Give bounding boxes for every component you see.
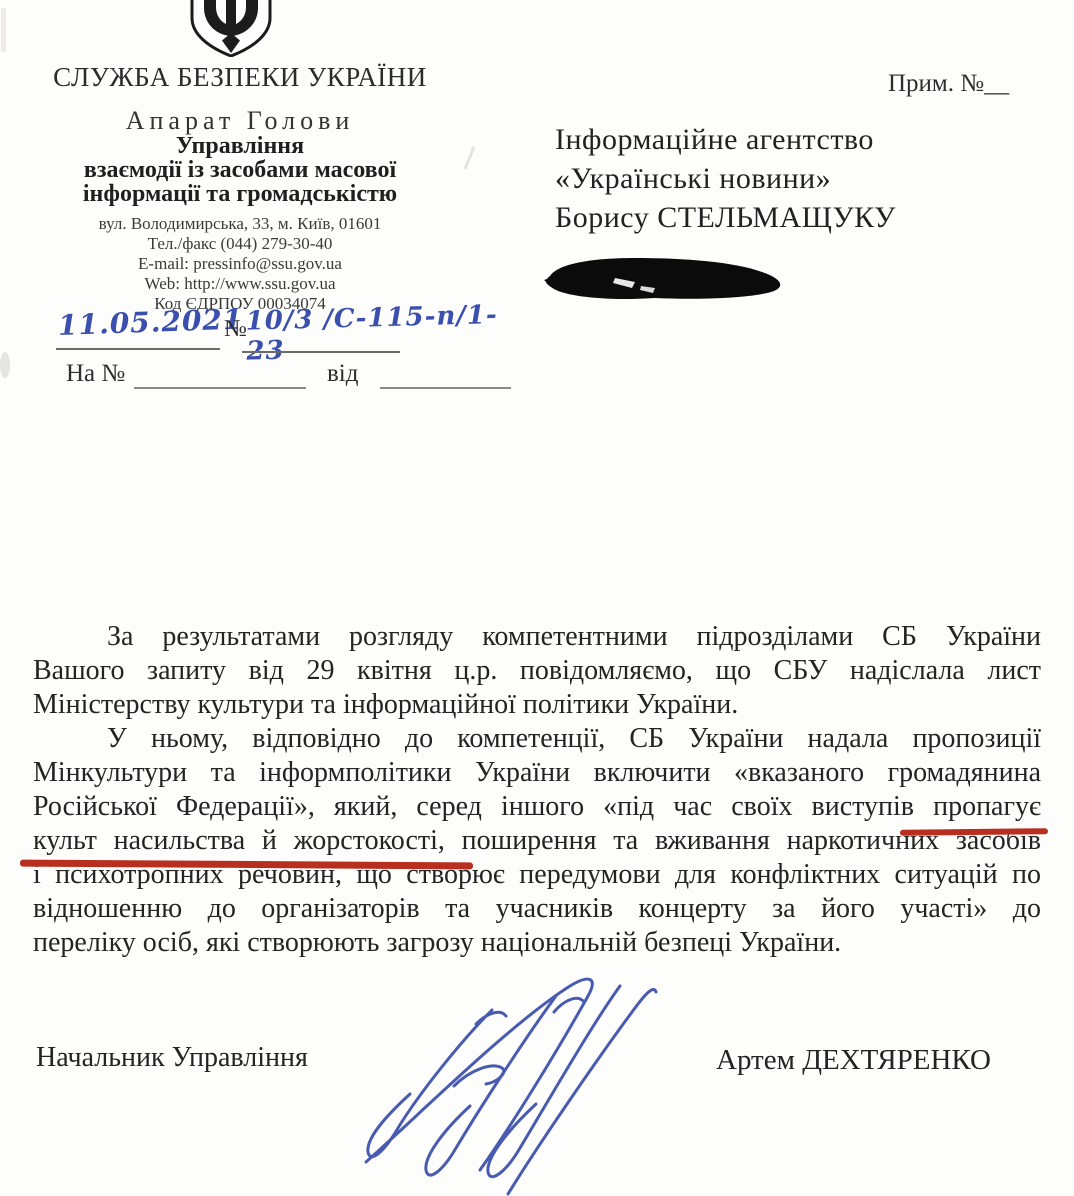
body-line: Міністерству культури та інформаційної п…: [33, 688, 1041, 722]
body-line: Вашого запиту від 29 квітня ц.р. повідом…: [33, 654, 1041, 688]
department-line: інформації та громадськістю: [18, 182, 462, 206]
scanned-letter-page: СЛУЖБА БЕЗПЕКИ УКРАЇНИ Апарат Голови Упр…: [0, 0, 1074, 1196]
body-line: культ насильства й жорстокості, поширенн…: [33, 824, 1041, 858]
recipient-block: Інформаційне агентство «Українські новин…: [555, 120, 1035, 237]
scan-artifact: [1, 8, 6, 52]
body-line: У ньому, відповідно до компетенції, СБ У…: [33, 722, 1041, 756]
handwritten-date: 11.05.2021: [57, 303, 228, 342]
body-line: За результатами розгляду компетентними п…: [33, 620, 1041, 654]
body-line: переліку осіб, які створюють загрозу нац…: [33, 926, 1041, 960]
scan-artifact: [0, 352, 10, 378]
reply-date-label: від: [327, 360, 358, 388]
body-line: Російської Федерації», який, серед іншог…: [33, 790, 1041, 824]
date-underline: [56, 348, 220, 350]
number-sign-label: №: [224, 316, 247, 343]
org-contact-block: вул. Володимирська, 33, м. Київ, 01601 Т…: [18, 214, 462, 314]
signer-position-title: Начальник Управління: [36, 1042, 308, 1074]
letter-body: За результатами розгляду компетентними п…: [33, 620, 1041, 960]
scan-artifact: [464, 146, 476, 169]
recipient-agency: Інформаційне агентство: [555, 120, 1035, 159]
recipient-agency-name: «Українські новини»: [555, 159, 1035, 198]
org-phone: Тел./факс (044) 279-30-40: [18, 234, 462, 254]
copy-number-note: Прим. №__: [888, 70, 1058, 98]
org-web: Web: http://www.ssu.gov.ua: [18, 274, 462, 294]
ref-number-underline: [242, 351, 400, 353]
reply-to-label: На №: [66, 360, 125, 388]
org-email: E-mail: pressinfo@ssu.gov.ua: [18, 254, 462, 274]
body-line: відношенню до організаторів та учасників…: [33, 892, 1041, 926]
handwritten-ref-number: 10/3 /С-115-п/1-23: [245, 299, 526, 366]
reply-number-blank-line: [134, 387, 306, 389]
ukraine-trident-emblem-icon: [185, 0, 277, 57]
redaction-bar: [540, 249, 790, 303]
body-line: Мінкультури та інформполітики України вк…: [33, 756, 1041, 790]
recipient-person: Борису СТЕЛЬМАЩУКУ: [555, 198, 1035, 237]
org-division: Апарат Голови: [18, 106, 462, 136]
signer-name: Артем ДЕХТЯРЕНКО: [716, 1044, 991, 1077]
department-line: взаємодії із засобами масової: [18, 158, 462, 182]
reply-date-blank-line: [380, 387, 511, 389]
org-address: вул. Володимирська, 33, м. Київ, 01601: [18, 214, 462, 234]
org-department: Управління взаємодії із засобами масової…: [18, 134, 462, 206]
org-name: СЛУЖБА БЕЗПЕКИ УКРАЇНИ: [18, 62, 462, 93]
handwritten-signature: [358, 966, 703, 1196]
department-line: Управління: [18, 134, 462, 158]
